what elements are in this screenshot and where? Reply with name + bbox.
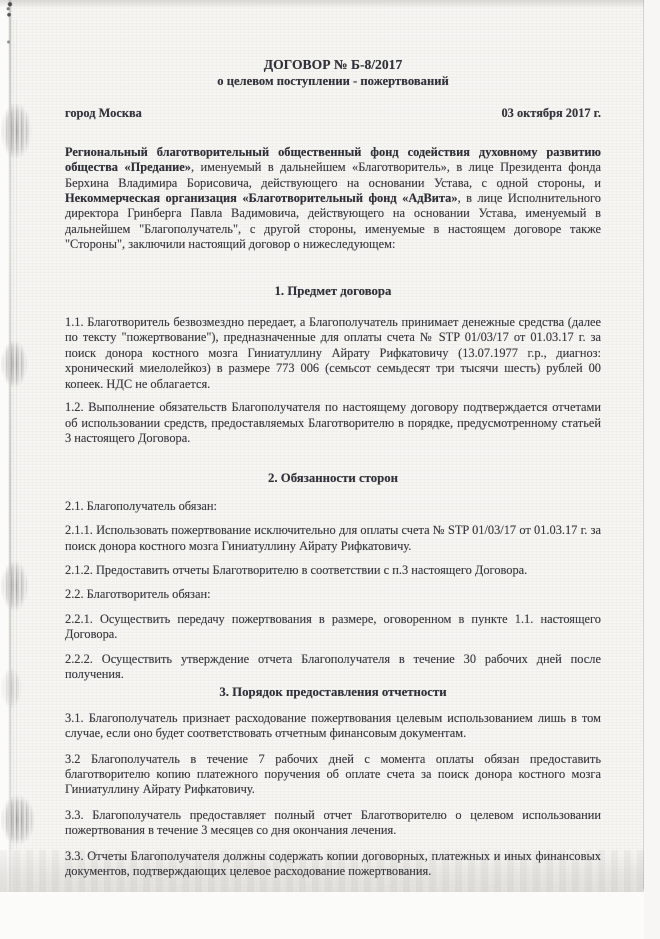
section-2-heading: 2. Обязанности сторон	[65, 471, 601, 486]
clause-3-3: 3.3. Благополучатель предоставляет полны…	[65, 808, 601, 839]
parties-paragraph: Региональный благотворительный обществен…	[65, 145, 601, 253]
contract-subtitle: о целевом поступлении - пожертвований	[65, 74, 601, 89]
clause-3-3-bis: 3.3. Отчеты Благополучателя должны содер…	[65, 849, 601, 880]
scan-ink-mark	[5, 2, 14, 17]
scan-bottom-margin	[0, 892, 660, 939]
clause-3-1: 3.1. Благополучатель признает расходован…	[65, 711, 601, 742]
party-2-name: Некоммерческая организация «Благотворите…	[65, 191, 458, 205]
clause-1-2: 1.2. Выполнение обязательств Благополуча…	[65, 400, 601, 446]
scan-speck	[7, 40, 10, 44]
scan-edge-noise	[10, 20, 19, 849]
scan-left-margin	[0, 0, 9, 939]
clause-2-1-1: 2.1.1. Использовать пожертвование исключ…	[65, 523, 601, 554]
clause-3-2: 3.2 Благополучатель в течение 7 рабочих …	[65, 752, 601, 798]
section-1-heading: 1. Предмет договора	[65, 284, 601, 299]
clause-2-2-1: 2.2.1. Осуществить передачу пожертвовани…	[65, 612, 601, 643]
clause-2-2: 2.2. Благотворитель обязан:	[65, 587, 601, 602]
clause-1-1: 1.1. Благотворитель безвозмездно передае…	[65, 315, 601, 392]
scan-right-margin	[644, 0, 660, 939]
clause-2-1-2: 2.1.2. Предоставить отчеты Благотворител…	[65, 563, 601, 578]
contract-date: 03 октября 2017 г.	[501, 106, 601, 121]
scanned-contract-page: ДОГОВОР № Б-8/2017 о целевом поступлении…	[0, 0, 660, 939]
section-3-heading: 3. Порядок предоставления отчетности	[65, 685, 601, 700]
clause-2-2-2: 2.2.2. Осуществить утверждение отчета Бл…	[65, 652, 601, 683]
contract-title: ДОГОВОР № Б-8/2017	[65, 57, 601, 73]
contract-city: город Москва	[65, 106, 142, 121]
contract-body: ДОГОВОР № Б-8/2017 о целевом поступлении…	[65, 0, 601, 879]
clause-2-1: 2.1. Благополучатель обязан:	[65, 499, 601, 514]
place-and-date-row: город Москва 03 октября 2017 г.	[65, 106, 601, 121]
